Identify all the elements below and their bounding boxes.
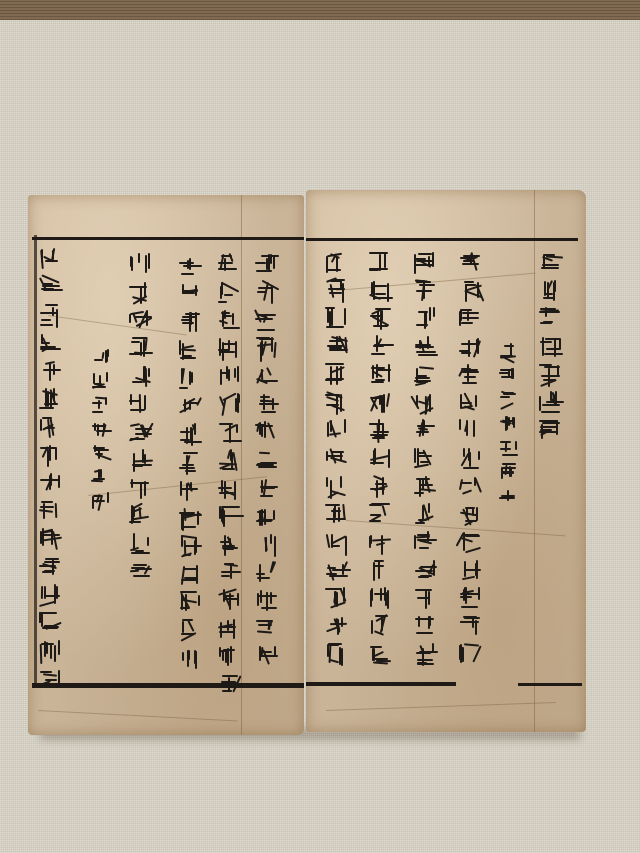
tangut-glyph <box>91 444 109 462</box>
tangut-glyph <box>539 391 561 413</box>
tangut-glyph <box>414 559 436 581</box>
tangut-glyph <box>218 309 240 331</box>
tangut-glyph <box>369 643 391 665</box>
tangut-glyph <box>129 421 151 443</box>
tangut-glyph <box>325 587 347 609</box>
tangut-glyph <box>325 251 347 273</box>
tangut-glyph <box>179 423 201 445</box>
tangut-glyph <box>539 335 561 357</box>
tangut-glyph <box>414 391 436 413</box>
tangut-glyph <box>459 503 481 525</box>
tangut-glyph <box>499 391 517 409</box>
text-column <box>129 250 151 586</box>
side-border-rule <box>34 235 37 687</box>
tangut-glyph <box>255 309 277 331</box>
tangut-glyph <box>414 503 436 525</box>
tangut-glyph <box>91 372 109 390</box>
tangut-glyph <box>39 388 61 410</box>
text-column <box>539 248 561 444</box>
text-column <box>414 248 436 668</box>
tangut-glyph <box>218 673 240 695</box>
tangut-glyph <box>218 449 240 471</box>
bottom-border-rule <box>518 683 582 686</box>
tangut-glyph <box>129 561 151 583</box>
tangut-glyph <box>179 451 201 473</box>
tangut-glyph <box>369 587 391 609</box>
tangut-glyph <box>91 468 109 486</box>
tangut-glyph <box>179 367 201 389</box>
tangut-glyph <box>414 419 436 441</box>
tangut-glyph <box>255 617 277 639</box>
text-column <box>218 250 240 698</box>
tangut-glyph <box>369 447 391 469</box>
tangut-glyph <box>39 668 61 690</box>
tangut-glyph <box>218 561 240 583</box>
tangut-glyph <box>539 251 561 273</box>
text-column <box>459 248 481 668</box>
text-column <box>179 252 201 672</box>
tangut-glyph <box>218 477 240 499</box>
tangut-glyph <box>459 643 481 665</box>
tangut-glyph <box>255 477 277 499</box>
tangut-glyph <box>369 615 391 637</box>
tangut-glyph <box>369 279 391 301</box>
tangut-glyph <box>369 503 391 525</box>
tangut-glyph <box>539 279 561 301</box>
tangut-glyph <box>39 248 61 270</box>
tangut-glyph <box>369 391 391 413</box>
tangut-glyph <box>369 307 391 329</box>
tangut-glyph <box>539 307 561 329</box>
tangut-glyph <box>255 337 277 359</box>
tangut-glyph <box>129 365 151 387</box>
tangut-glyph <box>459 335 481 357</box>
tangut-glyph <box>414 475 436 497</box>
text-column <box>255 250 277 670</box>
tangut-glyph <box>414 587 436 609</box>
tangut-glyph <box>218 589 240 611</box>
tangut-glyph <box>499 463 517 481</box>
tangut-glyph <box>129 253 151 275</box>
tangut-glyph <box>369 419 391 441</box>
tangut-glyph <box>39 472 61 494</box>
tangut-glyph <box>129 533 151 555</box>
tangut-glyph <box>459 419 481 441</box>
tangut-glyph <box>179 283 201 305</box>
bottom-border-rule <box>306 682 456 686</box>
tangut-glyph <box>255 365 277 387</box>
tangut-glyph <box>325 531 347 553</box>
tangut-glyph <box>39 444 61 466</box>
tangut-glyph <box>129 337 151 359</box>
tangut-glyph <box>369 363 391 385</box>
tangut-glyph <box>129 393 151 415</box>
tangut-glyph <box>255 449 277 471</box>
tangut-glyph <box>414 363 436 385</box>
tangut-glyph <box>91 396 109 414</box>
text-column <box>325 248 347 668</box>
tangut-glyph <box>179 479 201 501</box>
tangut-glyph <box>39 612 61 634</box>
tangut-glyph <box>179 507 201 529</box>
tangut-glyph <box>459 587 481 609</box>
tangut-glyph <box>499 487 517 505</box>
text-column <box>91 345 109 513</box>
tangut-glyph <box>325 391 347 413</box>
tangut-glyph <box>325 363 347 385</box>
tangut-glyph <box>414 447 436 469</box>
tangut-glyph <box>325 279 347 301</box>
tangut-glyph <box>325 503 347 525</box>
tangut-glyph <box>255 421 277 443</box>
tangut-glyph <box>325 475 347 497</box>
tangut-glyph <box>179 619 201 641</box>
display-frame-edge <box>0 0 640 20</box>
tangut-glyph <box>39 416 61 438</box>
tangut-glyph <box>218 365 240 387</box>
tangut-glyph <box>414 531 436 553</box>
tangut-glyph <box>129 281 151 303</box>
paper-crease <box>326 702 556 711</box>
tangut-glyph <box>499 343 517 361</box>
tangut-glyph <box>218 617 240 639</box>
tangut-glyph <box>39 500 61 522</box>
tangut-glyph <box>179 563 201 585</box>
tangut-glyph <box>325 335 347 357</box>
tangut-glyph <box>91 492 109 510</box>
tangut-glyph <box>499 367 517 385</box>
tangut-glyph <box>255 645 277 667</box>
paper-crease <box>48 315 187 335</box>
tangut-glyph <box>414 643 436 665</box>
tangut-glyph <box>414 307 436 329</box>
top-border-rule <box>32 237 304 240</box>
paper-crease <box>38 710 238 721</box>
tangut-glyph <box>91 348 109 366</box>
tangut-glyph <box>179 591 201 613</box>
tangut-glyph <box>369 475 391 497</box>
top-border-rule <box>306 238 578 241</box>
tangut-glyph <box>255 561 277 583</box>
tangut-glyph <box>179 395 201 417</box>
tangut-glyph <box>39 332 61 354</box>
tangut-glyph <box>129 505 151 527</box>
tangut-glyph <box>255 393 277 415</box>
tangut-glyph <box>255 253 277 275</box>
tangut-glyph <box>539 363 561 385</box>
tangut-glyph <box>459 391 481 413</box>
tangut-glyph <box>539 419 561 441</box>
tangut-glyph <box>179 535 201 557</box>
tangut-glyph <box>218 645 240 667</box>
tangut-glyph <box>39 556 61 578</box>
tangut-glyph <box>179 339 201 361</box>
tangut-glyph <box>499 415 517 433</box>
tangut-glyph <box>414 615 436 637</box>
tangut-glyph <box>325 559 347 581</box>
tangut-glyph <box>459 615 481 637</box>
tangut-glyph <box>129 309 151 331</box>
tangut-glyph <box>369 531 391 553</box>
tangut-glyph <box>459 363 481 385</box>
tangut-glyph <box>325 615 347 637</box>
tangut-glyph <box>369 335 391 357</box>
tangut-glyph <box>414 335 436 357</box>
tangut-glyph <box>39 584 61 606</box>
tangut-glyph <box>325 419 347 441</box>
text-column <box>499 340 517 508</box>
tangut-glyph <box>325 447 347 469</box>
tangut-glyph <box>459 447 481 469</box>
tangut-glyph <box>218 253 240 275</box>
tangut-glyph <box>325 643 347 665</box>
tangut-glyph <box>255 505 277 527</box>
tangut-glyph <box>499 439 517 457</box>
fold-line <box>534 190 535 732</box>
tangut-glyph <box>91 420 109 438</box>
bottom-border-rule <box>32 683 304 688</box>
tangut-glyph <box>218 337 240 359</box>
text-column <box>39 245 61 693</box>
fold-line <box>241 195 242 735</box>
tangut-glyph <box>129 477 151 499</box>
tangut-glyph <box>369 251 391 273</box>
tangut-glyph <box>255 589 277 611</box>
tangut-glyph <box>218 393 240 415</box>
tangut-glyph <box>459 307 481 329</box>
tangut-glyph <box>39 640 61 662</box>
tangut-glyph <box>39 528 61 550</box>
tangut-glyph <box>255 281 277 303</box>
tangut-glyph <box>459 279 481 301</box>
tangut-glyph <box>179 255 201 277</box>
tangut-glyph <box>255 533 277 555</box>
tangut-glyph <box>39 276 61 298</box>
tangut-glyph <box>218 281 240 303</box>
tangut-glyph <box>459 475 481 497</box>
tangut-glyph <box>218 533 240 555</box>
tangut-glyph <box>179 647 201 669</box>
tangut-glyph <box>325 307 347 329</box>
tangut-glyph <box>218 421 240 443</box>
tangut-glyph <box>369 559 391 581</box>
tangut-glyph <box>39 360 61 382</box>
tangut-glyph <box>459 251 481 273</box>
tangut-glyph <box>129 449 151 471</box>
tangut-glyph <box>414 279 436 301</box>
text-column <box>369 248 391 668</box>
tangut-glyph <box>218 505 240 527</box>
tangut-glyph <box>459 559 481 581</box>
tangut-glyph <box>414 251 436 273</box>
tangut-glyph <box>179 311 201 333</box>
tangut-glyph <box>459 531 481 553</box>
tangut-glyph <box>39 304 61 326</box>
